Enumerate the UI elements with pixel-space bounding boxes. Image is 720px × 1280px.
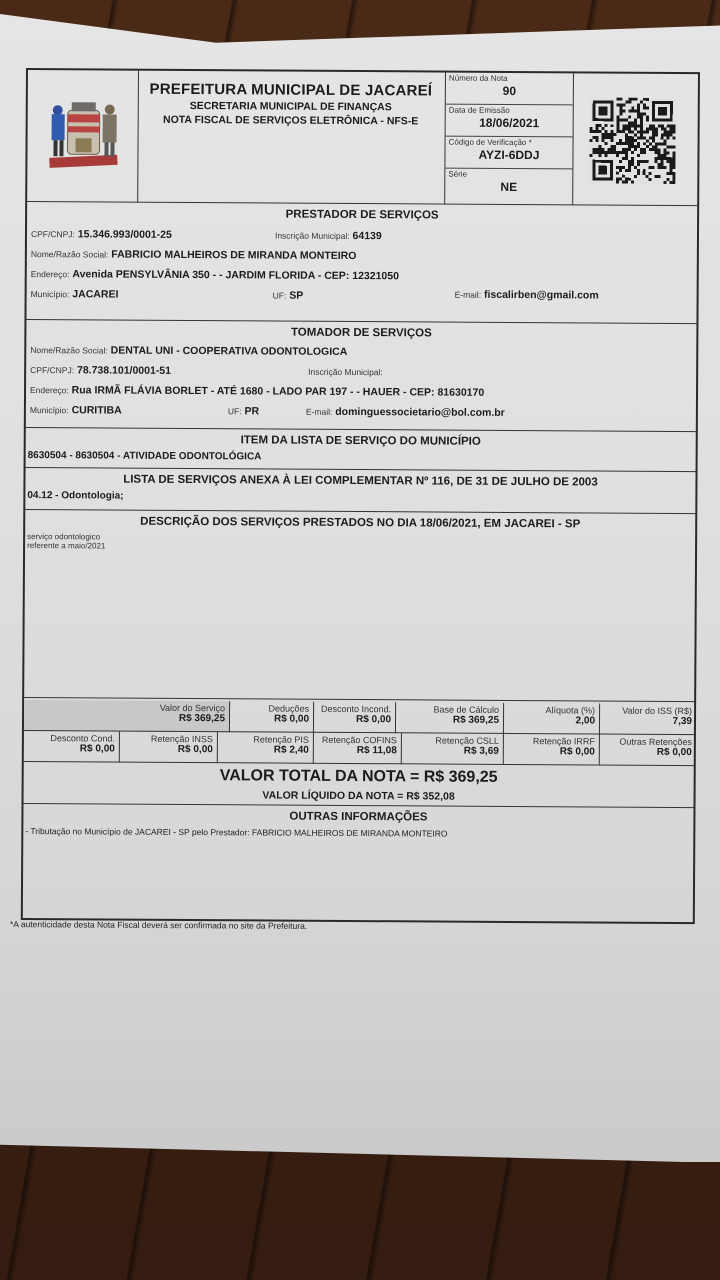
numero-nota-value: 90 bbox=[449, 84, 570, 99]
prestador-endereco: Endereço: Avenida PENSYLVÂNIA 350 - - JA… bbox=[31, 268, 399, 282]
municipality-title: PREFEITURA MUNICIPAL DE JACAREÍ bbox=[140, 81, 442, 100]
valores-cell-label: Alíquota (%) bbox=[508, 705, 595, 716]
valores-cell-label: Deduções bbox=[234, 703, 309, 713]
valores-cell: Outras RetençõesR$ 0,00 bbox=[600, 735, 696, 767]
lista-servicos-value: 04.12 - Odontologia; bbox=[27, 490, 123, 502]
tomador-section: TOMADOR DE SERVIÇOS Nome/Razão Social: D… bbox=[26, 320, 697, 432]
totais-section: VALOR TOTAL DA NOTA = R$ 369,25 VALOR LÍ… bbox=[24, 762, 694, 808]
valores-cell-label: Valor do ISS (R$) bbox=[604, 706, 692, 717]
item-lista-section: ITEM DA LISTA DE SERVIÇO DO MUNICÍPIO 86… bbox=[26, 428, 696, 472]
prestador-inscricao-municipal: Inscrição Municipal: 64139 bbox=[275, 230, 382, 243]
prestador-municipio: Município: JACAREI bbox=[31, 288, 119, 301]
emblem-box bbox=[27, 70, 139, 203]
descricao-text: serviço odontologico referente a maio/20… bbox=[27, 532, 105, 550]
valores-cell-label: Retenção COFINS bbox=[318, 735, 397, 745]
outras-title: OUTRAS INFORMAÇÕES bbox=[23, 809, 693, 825]
valores-cell: Retenção COFINSR$ 11,08 bbox=[314, 733, 402, 765]
tomador-title: TOMADOR DE SERVIÇOS bbox=[26, 325, 696, 341]
valores-cell-value: R$ 369,25 bbox=[400, 714, 499, 726]
valores-cell-label: Outras Retenções bbox=[604, 737, 692, 748]
tomador-nome: Nome/Razão Social: DENTAL UNI - COOPERAT… bbox=[30, 344, 347, 358]
valores-cell: DeduçõesR$ 0,00 bbox=[230, 701, 314, 733]
outras-informacoes-section: OUTRAS INFORMAÇÕES - Tributação no Munic… bbox=[23, 804, 694, 926]
valores-table: Valor do ServiçoR$ 369,25DeduçõesR$ 0,00… bbox=[24, 700, 694, 766]
codigo-verificacao-value: AYZI-6DDJ bbox=[448, 148, 569, 163]
valores-cell-value: R$ 0,00 bbox=[234, 713, 309, 724]
data-emissao-value: 18/06/2021 bbox=[449, 116, 570, 131]
valores-cell-value: R$ 0,00 bbox=[508, 746, 595, 758]
valores-cell-label: Desconto Incond. bbox=[318, 704, 391, 714]
descricao-title: DESCRIÇÃO DOS SERVIÇOS PRESTADOS NO DIA … bbox=[25, 515, 695, 531]
numero-nota-label: Número da Nota bbox=[449, 74, 570, 84]
data-emissao-label: Data de Emissão bbox=[449, 106, 570, 116]
valores-cell-label: Retenção INSS bbox=[124, 734, 213, 745]
valor-liquido: VALOR LÍQUIDO DA NOTA = R$ 352,08 bbox=[24, 788, 694, 804]
valores-cell: Retenção PISR$ 2,40 bbox=[218, 732, 314, 764]
item-lista-value: 8630504 - 8630504 - ATIVIDADE ODONTOLÓGI… bbox=[28, 450, 262, 462]
valores-cell-value: R$ 0,00 bbox=[604, 747, 692, 759]
item-lista-title: ITEM DA LISTA DE SERVIÇO DO MUNICÍPIO bbox=[26, 433, 696, 449]
document-type: NOTA FISCAL DE SERVIÇOS ELETRÔNICA - NFS… bbox=[140, 114, 442, 128]
valores-cell-value: R$ 2,40 bbox=[222, 744, 309, 756]
tomador-endereco: Endereço: Rua IRMÃ FLÁVIA BORLET - ATÉ 1… bbox=[30, 384, 484, 399]
valores-cell-label: Base de Cálculo bbox=[400, 704, 499, 715]
data-emissao-cell: Data de Emissão 18/06/2021 bbox=[446, 105, 573, 138]
valores-cell-label: Retenção PIS bbox=[222, 734, 309, 745]
valores-cell-value: 7,39 bbox=[604, 716, 692, 728]
valor-total: VALOR TOTAL DA NOTA = R$ 369,25 bbox=[24, 766, 694, 788]
valores-cell-label: Retenção IRRF bbox=[508, 736, 595, 747]
lista-servicos-title: LISTA DE SERVIÇOS ANEXA À LEI COMPLEMENT… bbox=[25, 473, 695, 489]
prestador-nome: Nome/Razão Social: FABRICIO MALHEIROS DE… bbox=[31, 248, 357, 262]
coat-of-arms-icon bbox=[41, 92, 126, 177]
valores-cell-value: 2,00 bbox=[508, 715, 595, 727]
valores-cell-label: Retenção CSLL bbox=[406, 735, 499, 746]
valores-cell-value: R$ 0,00 bbox=[318, 714, 391, 725]
numero-nota-cell: Número da Nota 90 bbox=[446, 73, 573, 106]
valores-cell-value: R$ 11,08 bbox=[318, 745, 397, 756]
valores-cell: Base de CálculoR$ 369,25 bbox=[396, 702, 504, 734]
header-titles: PREFEITURA MUNICIPAL DE JACAREÍ SECRETAR… bbox=[140, 81, 442, 128]
codigo-verificacao-cell: Código de Verificação * AYZI-6DDJ bbox=[445, 137, 572, 170]
valores-cell: Desconto Incond.R$ 0,00 bbox=[314, 702, 396, 734]
descricao-line-1: serviço odontologico bbox=[27, 532, 105, 541]
valores-cell: Retenção IRRFR$ 0,00 bbox=[504, 734, 600, 766]
valores-cell-value: R$ 369,25 bbox=[28, 712, 225, 724]
qr-code-icon[interactable] bbox=[589, 97, 676, 184]
prestador-uf: UF: SP bbox=[273, 290, 304, 302]
outras-text: - Tributação no Município de JACAREI - S… bbox=[25, 826, 447, 839]
tomador-municipio: Município: CURITIBA bbox=[30, 404, 122, 417]
serie-label: Série bbox=[448, 170, 569, 180]
descricao-section: DESCRIÇÃO DOS SERVIÇOS PRESTADOS NO DIA … bbox=[24, 510, 695, 702]
prestador-title: PRESTADOR DE SERVIÇOS bbox=[27, 207, 697, 223]
valores-cell-value: R$ 0,00 bbox=[28, 743, 115, 755]
valores-cell: Valor do ServiçoR$ 369,25 bbox=[24, 700, 230, 732]
lista-servicos-section: LISTA DE SERVIÇOS ANEXA À LEI COMPLEMENT… bbox=[25, 468, 695, 514]
prestador-email: E-mail: fiscalirben@gmail.com bbox=[455, 289, 599, 302]
descricao-line-2: referente a maio/2021 bbox=[27, 541, 105, 550]
serie-cell: Série NE bbox=[445, 169, 572, 206]
tomador-email: E-mail: dominguessocietario@bol.com.br bbox=[306, 406, 505, 419]
valores-cell: Alíquota (%)2,00 bbox=[504, 703, 600, 735]
prestador-section: PRESTADOR DE SERVIÇOS CPF/CNPJ: 15.346.9… bbox=[26, 202, 697, 324]
secretariat-subtitle: SECRETARIA MUNICIPAL DE FINANÇAS bbox=[140, 100, 442, 114]
valores-cell: Desconto Cond.R$ 0,00 bbox=[24, 731, 120, 763]
valores-cell: Valor do ISS (R$)7,39 bbox=[600, 704, 696, 736]
valores-cell: Retenção CSLLR$ 3,69 bbox=[402, 733, 504, 765]
tomador-uf: UF: PR bbox=[228, 405, 259, 417]
tomador-inscricao-municipal: Inscrição Municipal: bbox=[308, 366, 383, 378]
prestador-cnpj: CPF/CNPJ: 15.346.993/0001-25 bbox=[31, 228, 172, 241]
valores-cell: Retenção INSSR$ 0,00 bbox=[120, 732, 218, 764]
valores-cell-value: R$ 3,69 bbox=[406, 745, 499, 757]
document-header: PREFEITURA MUNICIPAL DE JACAREÍ SECRETAR… bbox=[27, 70, 698, 206]
tomador-cnpj: CPF/CNPJ: 78.738.101/0001-51 bbox=[30, 364, 171, 377]
nfse-document: PREFEITURA MUNICIPAL DE JACAREÍ SECRETAR… bbox=[21, 68, 700, 924]
serie-value: NE bbox=[448, 180, 569, 195]
valores-cell-label: Desconto Cond. bbox=[28, 733, 115, 744]
valores-cell-value: R$ 0,00 bbox=[124, 744, 213, 756]
authenticity-footnote: *A autenticidade desta Nota Fiscal dever… bbox=[10, 919, 307, 931]
codigo-verificacao-label: Código de Verificação * bbox=[449, 138, 570, 148]
invoice-meta: Número da Nota 90 Data de Emissão 18/06/… bbox=[444, 73, 574, 206]
